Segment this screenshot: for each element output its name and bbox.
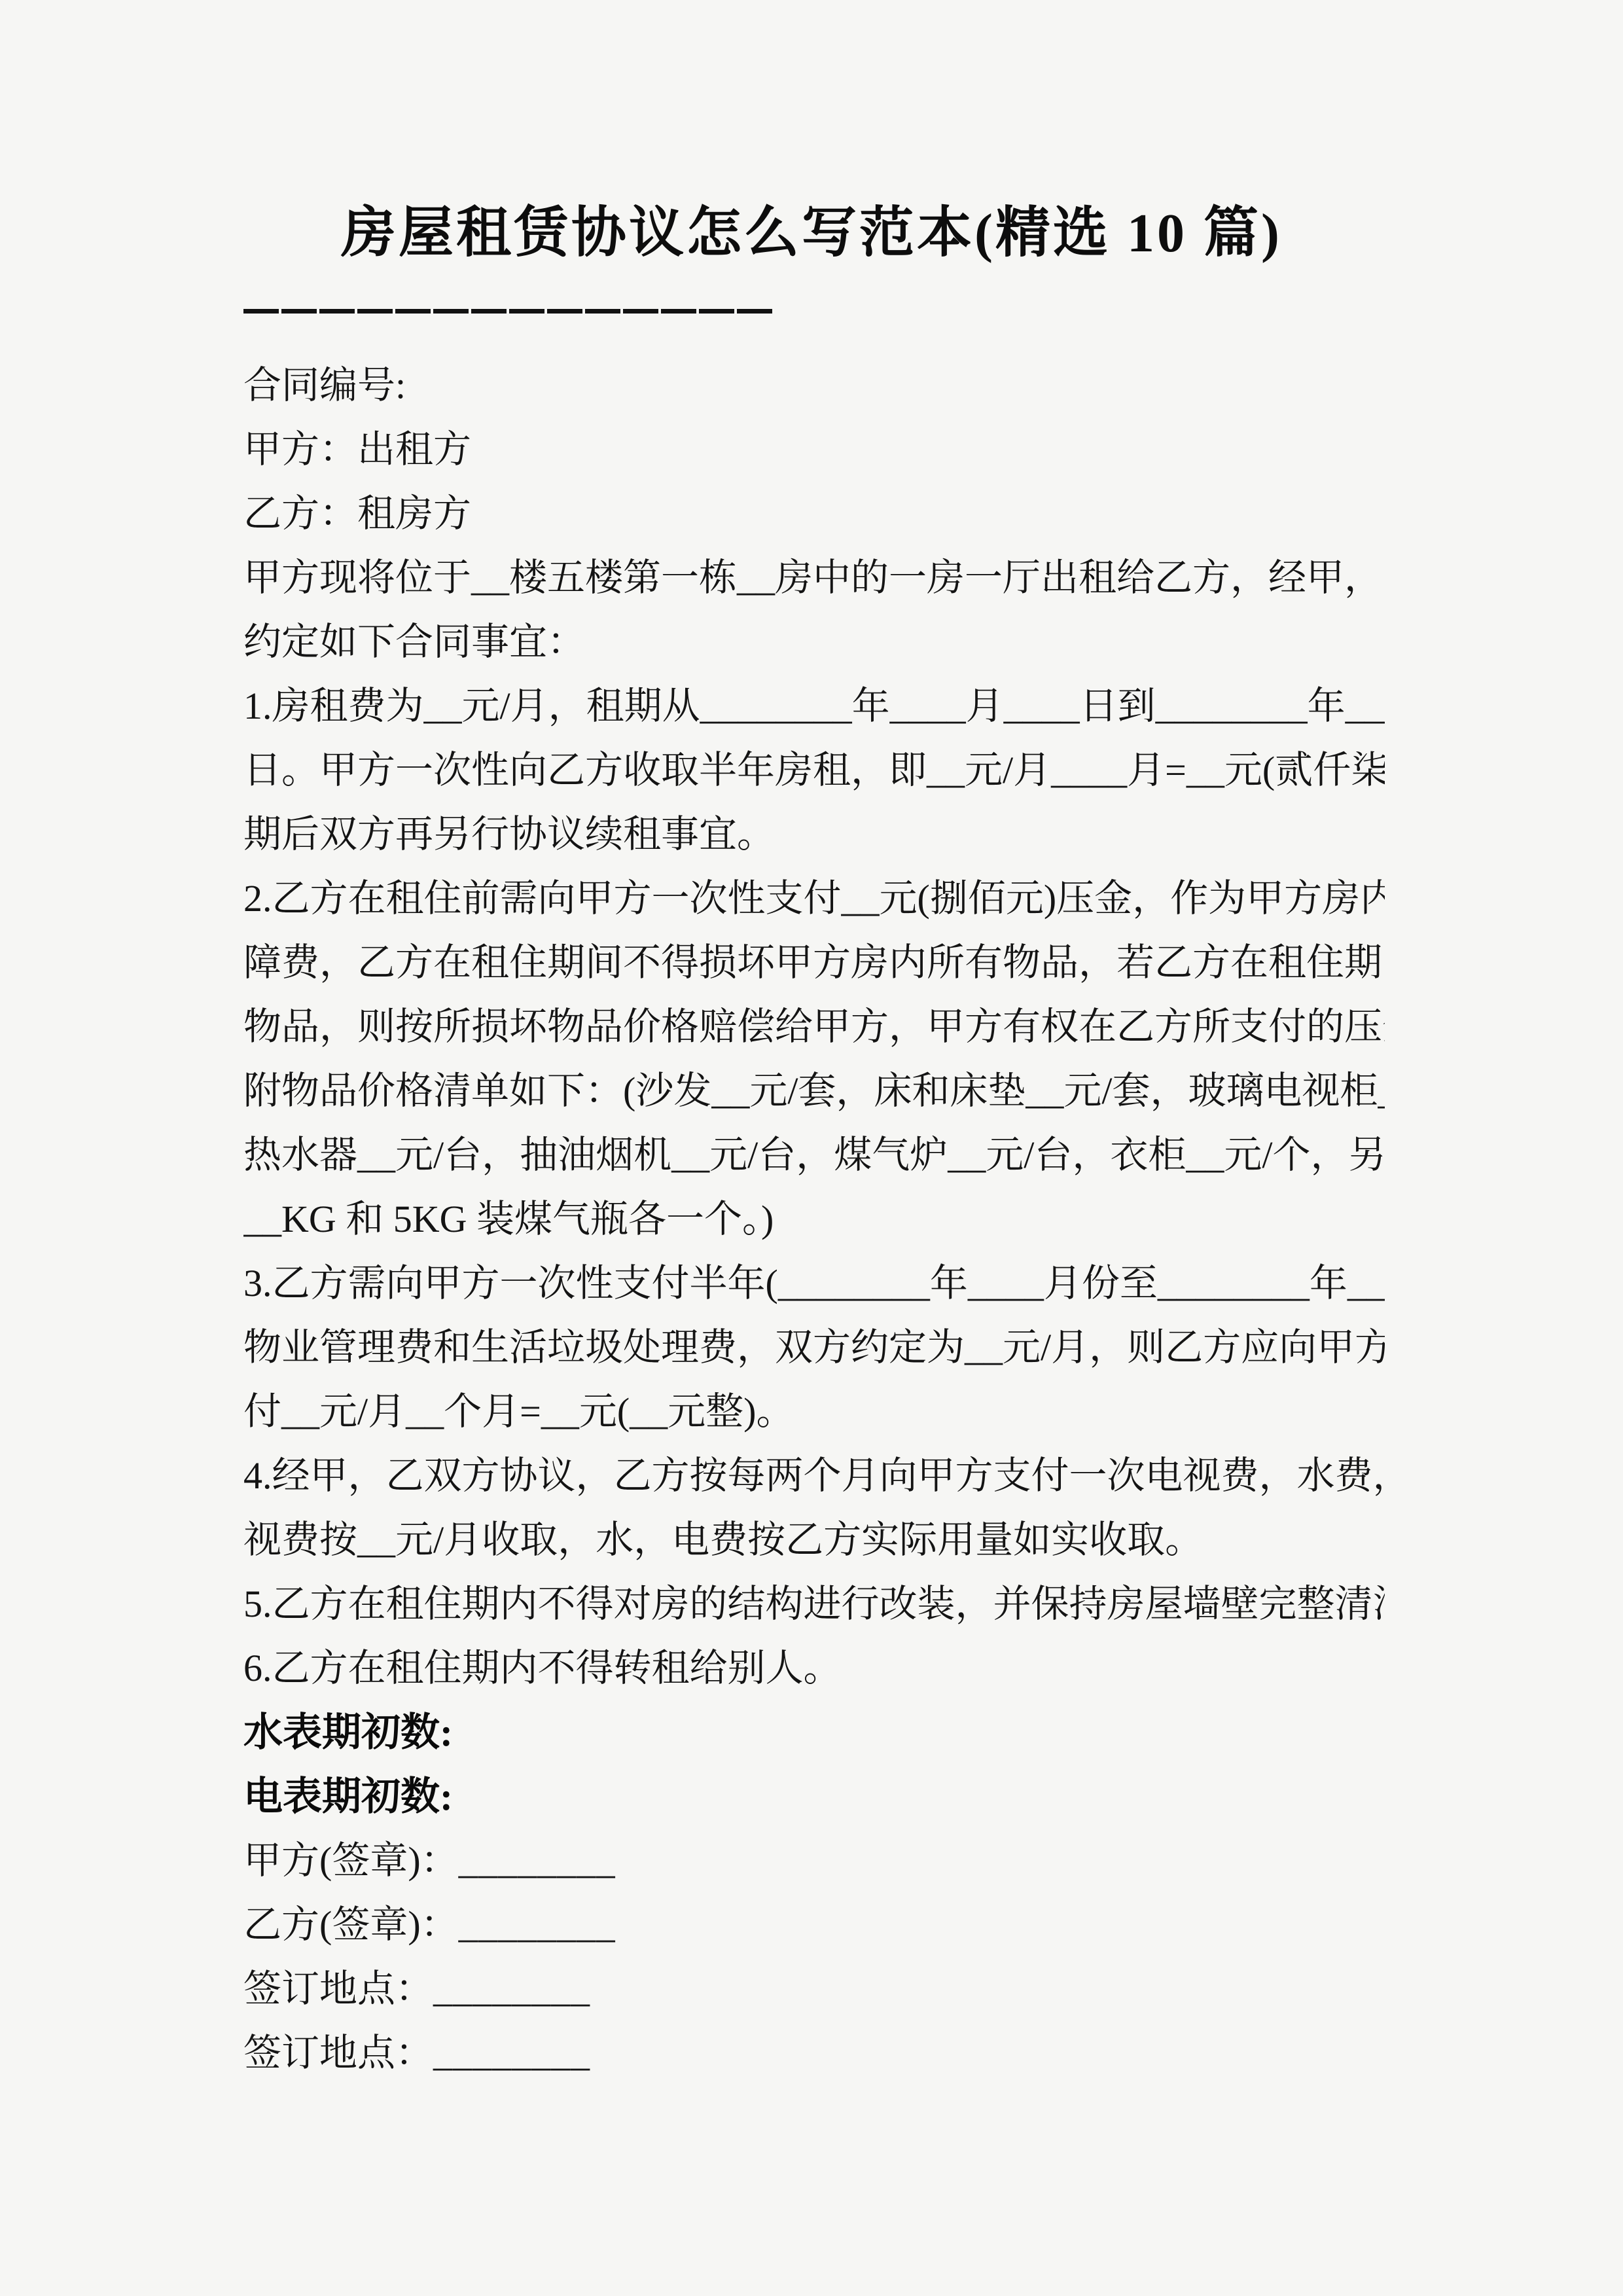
clause-2-line-5: 热水器__元/台，抽油烟机__元/台，煤气炉__元/台，衣柜__元/个，另房内还… <box>243 1123 1385 1187</box>
clause-3-line-3: 付__元/月__个月=__元(__元整)。 <box>243 1380 1385 1444</box>
signing-place-line-2: 签订地点：________ <box>243 2021 1385 2085</box>
page-title: 房屋租赁协议怎么写范本(精选 10 篇) <box>0 188 1623 268</box>
water-meter-label: 水表期初数: <box>243 1700 1385 1765</box>
signing-place-label-1: 签订地点： <box>243 1967 433 2010</box>
clause-3-line-2: 物业管理费和生活垃圾处理费，双方约定为__元/月，则乙方应向甲方一次性支 <box>243 1316 1385 1380</box>
separator-line: ______________ <box>243 309 775 314</box>
signing-place-blank-1: ________ <box>433 1967 590 2010</box>
document-page: 房屋租赁协议怎么写范本(精选 10 篇) ______________ 合同编号… <box>0 0 1623 2296</box>
clause-1-line-3: 期后双方再另行协议续租事宜。 <box>243 802 1385 867</box>
intro-line-2: 约定如下合同事宜： <box>243 610 1385 674</box>
party-a-signature-label: 甲方(签章)： <box>243 1839 459 1882</box>
clause-4-line-1: 4.经甲，乙双方协议，乙方按每两个月向甲方支付一次电视费，水费，电费。电 <box>243 1444 1385 1508</box>
party-a-signature-line: 甲方(签章)：________ <box>243 1829 1385 1893</box>
signing-place-blank-2: ________ <box>433 2032 590 2074</box>
electric-meter-label: 电表期初数: <box>243 1765 1385 1829</box>
party-b-signature-label: 乙方(签章)： <box>243 1903 459 1946</box>
clause-3-line-1: 3.乙方需向甲方一次性支付半年(________年____月份至________… <box>243 1251 1385 1316</box>
contract-number-label: 合同编号: <box>243 353 1385 418</box>
party-a-signature-blank: ________ <box>459 1839 616 1882</box>
clause-2-line-3: 物品，则按所损坏物品价格赔偿给甲方，甲方有权在乙方所支付的压金中扣除。 <box>243 995 1385 1059</box>
clause-1-line-2: 日。甲方一次性向乙方收取半年房租，即__元/月____月=__元(贰仟柒佰元整)… <box>243 738 1385 802</box>
party-a-line: 甲方：出租方 <box>243 418 1385 482</box>
clause-2-line-6: __KG 和 5KG 装煤气瓶各一个。) <box>243 1187 1385 1251</box>
party-b-line: 乙方：租房方 <box>243 482 1385 546</box>
clause-2-line-2: 障费，乙方在租住期间不得损坏甲方房内所有物品，若乙方在租住期间损坏房内 <box>243 931 1385 995</box>
clause-6-line-1: 6.乙方在租住期内不得转租给别人。 <box>243 1636 1385 1700</box>
party-b-signature-line: 乙方(签章)：________ <box>243 1893 1385 1957</box>
document-body: 合同编号: 甲方：出租方 乙方：租房方 甲方现将位于__楼五楼第一栋__房中的一… <box>243 353 1385 2085</box>
clause-5-line-1: 5.乙方在租住期内不得对房的结构进行改装，并保持房屋墙壁完整清洁。 <box>243 1572 1385 1636</box>
clause-2-line-1: 2.乙方在租住前需向甲方一次性支付__元(捌佰元)压金，作为甲方房内的物品保 <box>243 867 1385 931</box>
signing-place-line-1: 签订地点：________ <box>243 1957 1385 2021</box>
signing-place-label-2: 签订地点： <box>243 2032 433 2074</box>
clause-4-line-2: 视费按__元/月收取，水，电费按乙方实际用量如实收取。 <box>243 1508 1385 1572</box>
clause-1-line-1: 1.房租费为__元/月，租期从________年____月____日到_____… <box>243 674 1385 738</box>
clause-2-line-4: 附物品价格清单如下：(沙发__元/套，床和床垫__元/套，玻璃电视柜__元/套， <box>243 1059 1385 1123</box>
party-b-signature-blank: ________ <box>459 1903 616 1946</box>
intro-line-1: 甲方现将位于__楼五楼第一栋__房中的一房一厅出租给乙方，经甲，乙双方协商 <box>243 546 1385 610</box>
